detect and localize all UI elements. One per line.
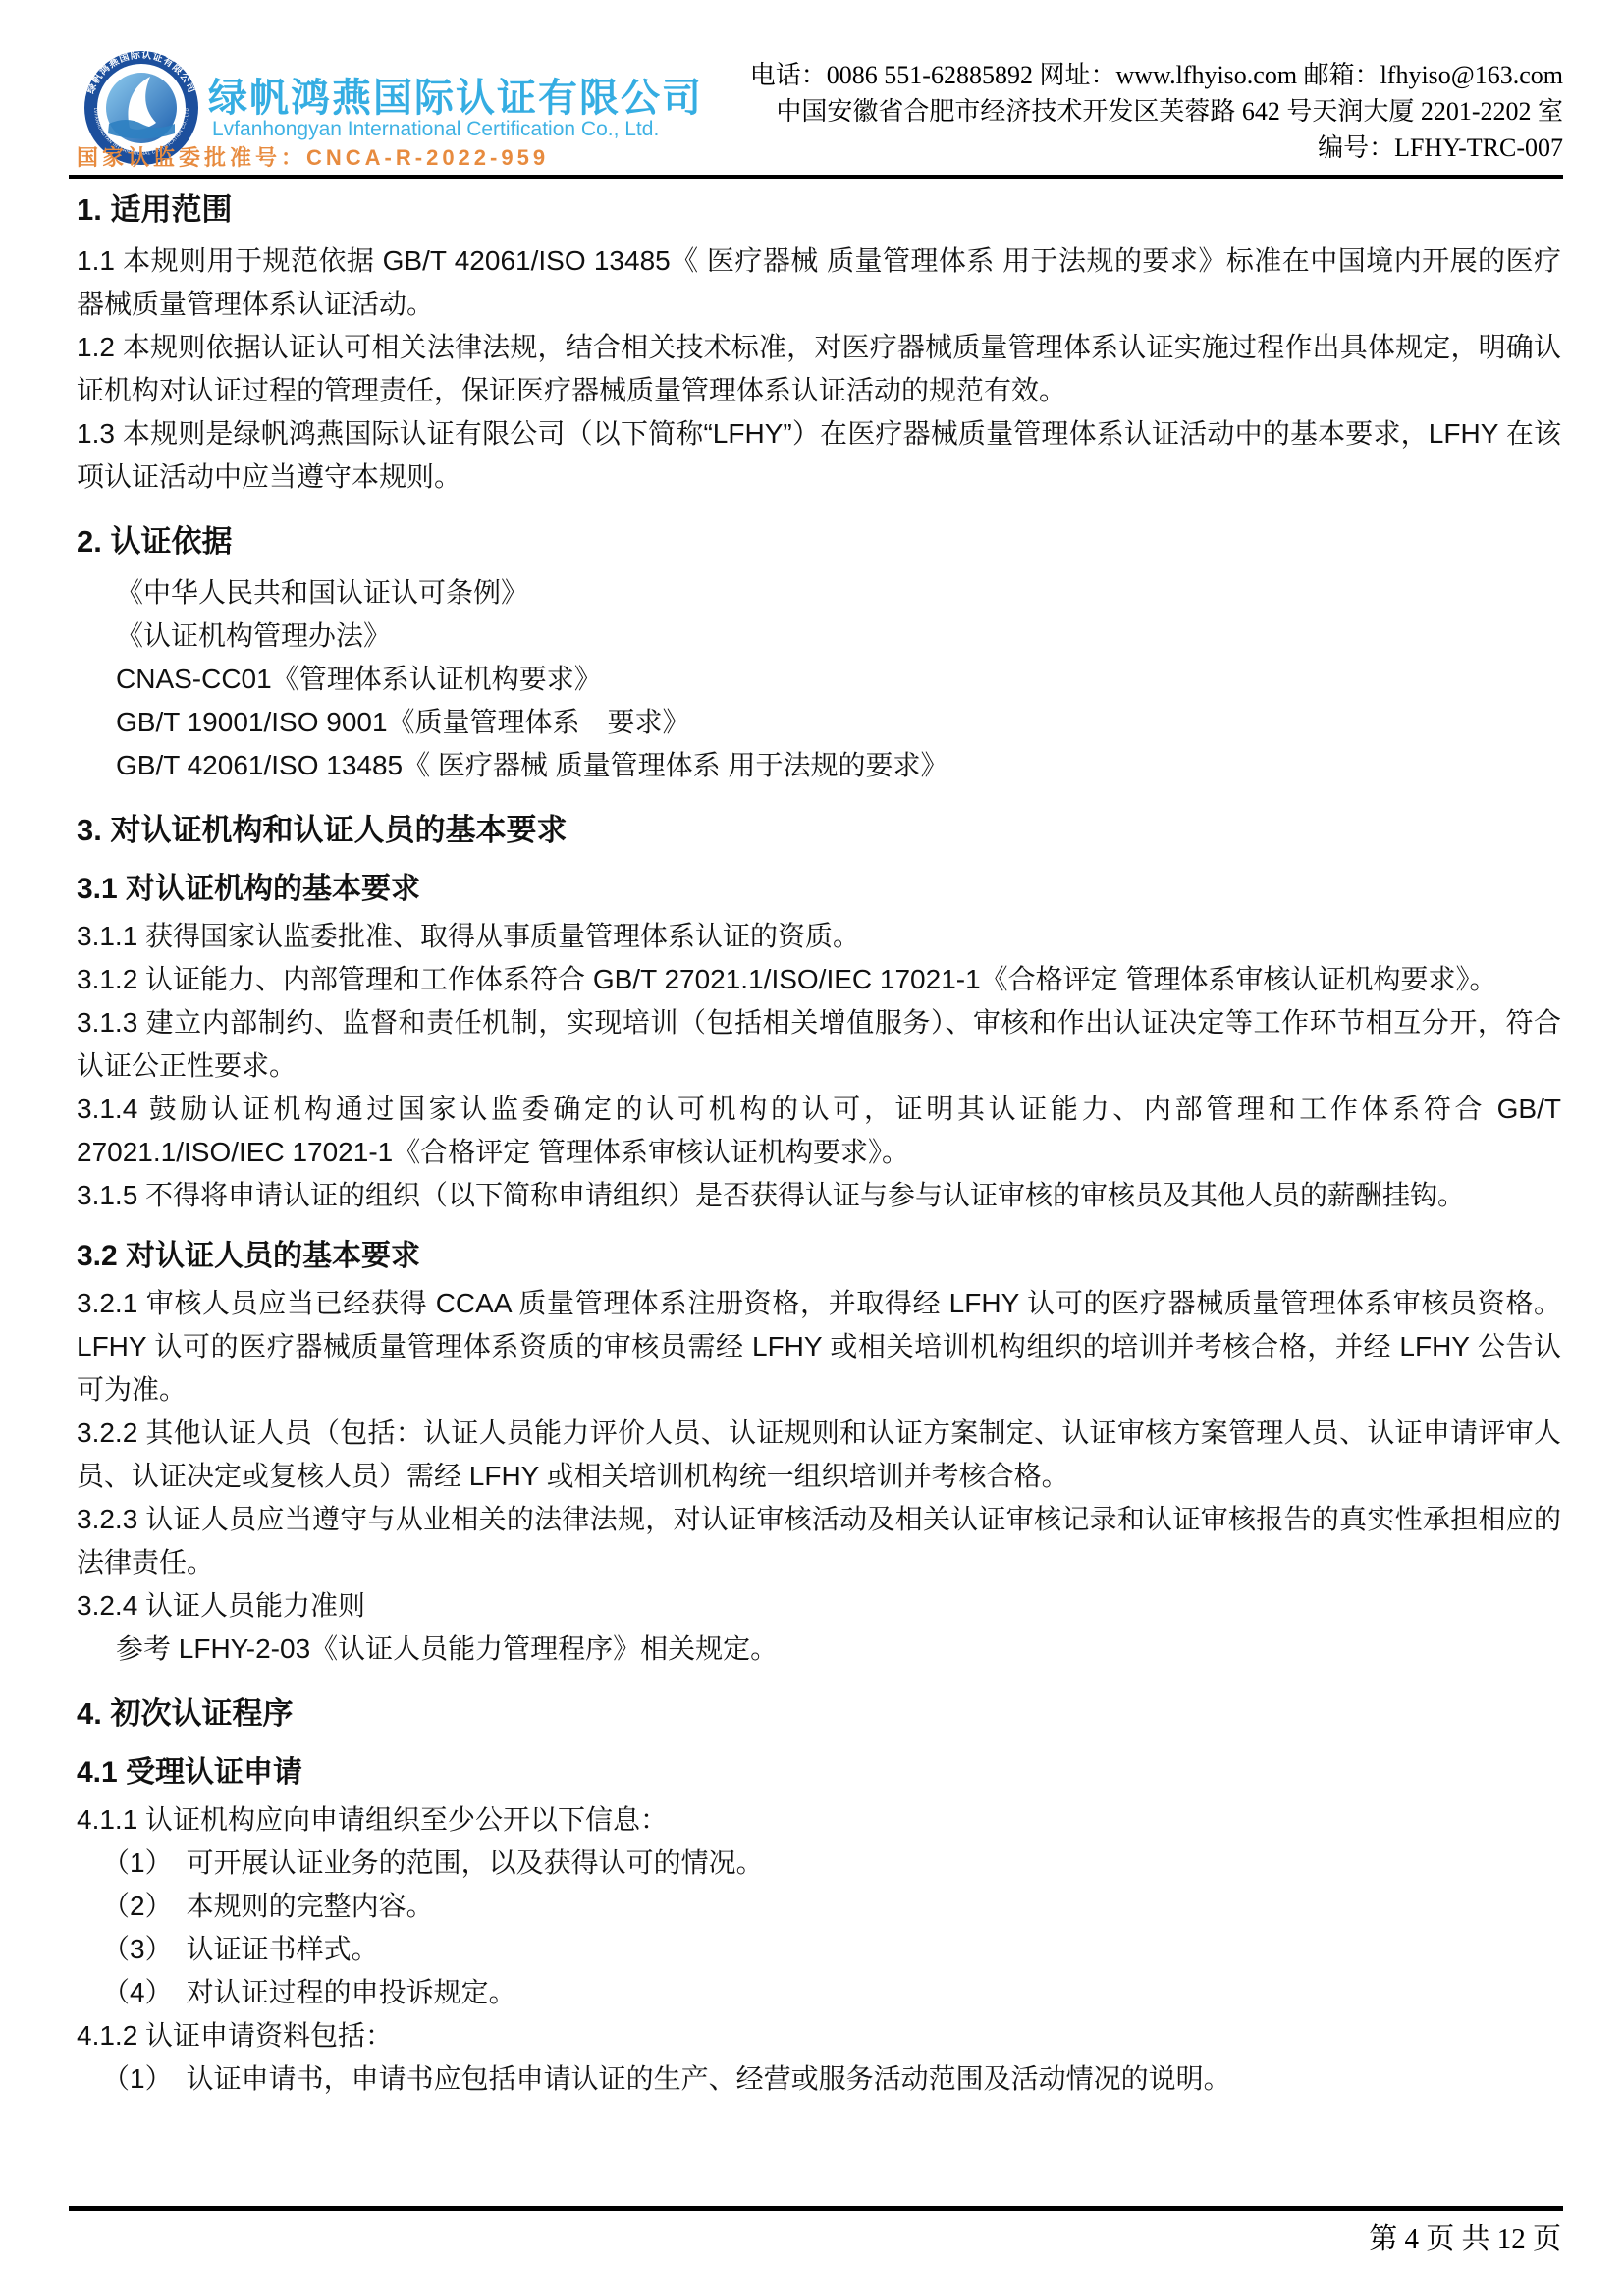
document-number: 编号：LFHY-TRC-007 [750, 130, 1563, 166]
paragraph: 3.1.4 鼓励认证机构通过国家认监委确定的认可机构的认可，证明其认证能力、内部… [77, 1088, 1561, 1174]
paragraph: 1.2 本规则依据认证认可相关法律法规，结合相关技术标准，对医疗器械质量管理体系… [77, 326, 1561, 412]
section-heading: 1. 适用范围 [77, 190, 1561, 230]
reference-item: 《中华人民共和国认证认可条例》 [77, 571, 1561, 614]
contact-line: 电话：0086 551-62885892 网址：www.lfhyiso.com … [750, 57, 1563, 93]
reference-item: CNAS-CC01《管理体系认证机构要求》 [77, 658, 1561, 701]
list-item: （2） 本规则的完整内容。 [77, 1885, 1561, 1928]
address-line: 中国安徽省合肥市经济技术开发区芙蓉路 642 号天润大厦 2201-2202 室 [750, 93, 1563, 130]
paragraph: 3.2.1 审核人员应当已经获得 CCAA 质量管理体系注册资格，并取得经 LF… [77, 1282, 1561, 1412]
reference-item: GB/T 19001/ISO 9001《质量管理体系 要求》 [77, 701, 1561, 744]
list-item: （1） 认证申请书，申请书应包括申请认证的生产、经营或服务活动范围及活动情况的说… [77, 2057, 1561, 2101]
page-number: 第 4 页 共 12 页 [1369, 2216, 1561, 2257]
letterhead: 绿帆鸿燕国际认证有限公司 LVFANHONGYAN INTERNATIONAL … [0, 0, 1624, 183]
footer-divider [69, 2206, 1563, 2211]
company-name-cn: 绿帆鸿燕国际认证有限公司 [208, 67, 703, 123]
paragraph: 4.1.1 认证机构应向申请组织至少公开以下信息： [77, 1798, 1561, 1842]
paragraph: 3.2.2 其他认证人员（包括：认证人员能力评价人员、认证规则和认证方案制定、认… [77, 1412, 1561, 1498]
paragraph: 3.2.3 认证人员应当遵守与从业相关的法律法规，对认证审核活动及相关认证审核记… [77, 1498, 1561, 1584]
company-name-en: Lvfanhongyan International Certification… [212, 118, 659, 141]
document-body: 1. 适用范围 1.1 本规则用于规范依据 GB/T 42061/ISO 134… [77, 190, 1561, 2199]
document-page: 绿帆鸿燕国际认证有限公司 LVFANHONGYAN INTERNATIONAL … [0, 0, 1624, 2296]
paragraph: 3.1.5 不得将申请认证的组织（以下简称申请组织）是否获得认证与参与认证审核的… [77, 1174, 1561, 1217]
list-item: （4） 对认证过程的申投诉规定。 [77, 1971, 1561, 2014]
paragraph: 1.1 本规则用于规范依据 GB/T 42061/ISO 13485《 医疗器械… [77, 240, 1561, 326]
paragraph: 4.1.2 认证申请资料包括： [77, 2014, 1561, 2057]
paragraph: 3.1.1 获得国家认监委批准、取得从事质量管理体系认证的资质。 [77, 915, 1561, 958]
subsection-heading: 3.2 对认证人员的基本要求 [77, 1237, 1561, 1276]
contact-block: 电话：0086 551-62885892 网址：www.lfhyiso.com … [750, 57, 1563, 166]
paragraph: 3.2.4 认证人员能力准则 [77, 1584, 1561, 1628]
list-item: （3） 认证证书样式。 [77, 1928, 1561, 1971]
header-divider [69, 175, 1563, 179]
paragraph: 3.1.3 建立内部制约、监督和责任机制，实现培训（包括相关增值服务）、审核和作… [77, 1001, 1561, 1088]
reference-item: GB/T 42061/ISO 13485《 医疗器械 质量管理体系 用于法规的要… [77, 744, 1561, 787]
subsection-heading: 3.1 对认证机构的基本要求 [77, 870, 1561, 909]
subsection-heading: 4.1 受理认证申请 [77, 1753, 1561, 1792]
paragraph: 3.1.2 认证能力、内部管理和工作体系符合 GB/T 27021.1/ISO/… [77, 958, 1561, 1001]
list-item: （1） 可开展认证业务的范围，以及获得认可的情况。 [77, 1842, 1561, 1885]
section-heading: 4. 初次认证程序 [77, 1694, 1561, 1734]
paragraph: 1.3 本规则是绿帆鸿燕国际认证有限公司（以下简称“LFHY”）在医疗器械质量管… [77, 412, 1561, 499]
approval-number-line: 国家认监委批准号：CNCA-R-2022-959 [77, 141, 549, 172]
section-heading: 3. 对认证机构和认证人员的基本要求 [77, 811, 1561, 850]
section-heading: 2. 认证依据 [77, 522, 1561, 561]
reference-item: 参考 LFHY-2-03《认证人员能力管理程序》相关规定。 [77, 1628, 1561, 1671]
reference-item: 《认证机构管理办法》 [77, 614, 1561, 658]
